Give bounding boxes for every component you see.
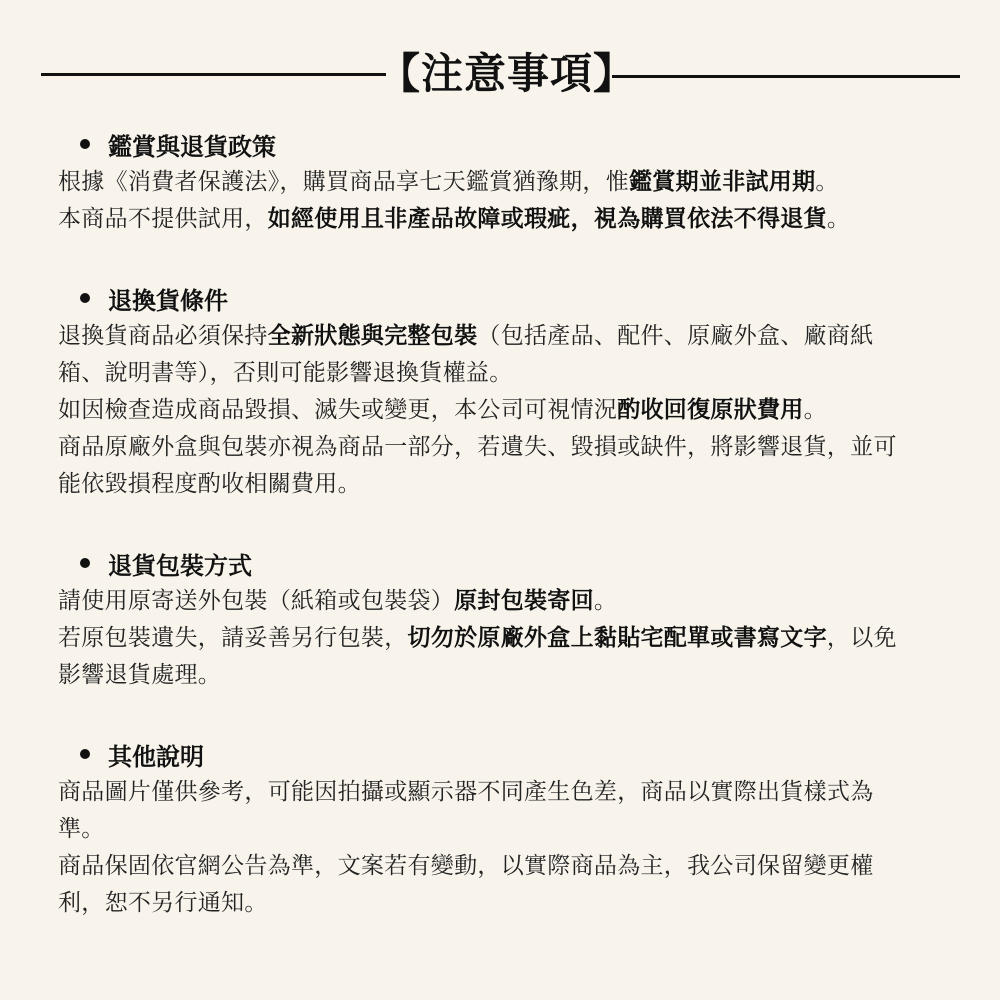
paragraph: 商品圖片僅供參考，可能因拍攝或顯示器不同產生色差，商品以實際出貨樣式為準。 <box>58 774 908 848</box>
section-heading: 退貨包裝方式 <box>58 543 938 583</box>
section-title: 退貨包裝方式 <box>108 546 252 581</box>
text-segment: 若原包裝遺失，請妥善另行包裝， <box>58 625 408 651</box>
bullet-icon <box>80 749 90 759</box>
section-title: 鑑賞與退貨政策 <box>108 127 276 162</box>
bullet-icon <box>80 139 90 149</box>
paragraph: 根據《消費者保護法》，購買商品享七天鑑賞猶豫期，惟鑑賞期並非試用期。 <box>58 164 908 201</box>
paragraph: 商品原廠外盒與包裝亦視為商品一部分，若遺失、毀損或缺件，將影響退貨，並可能依毀損… <box>58 429 908 503</box>
section-title: 其他說明 <box>108 737 204 772</box>
bullet-icon <box>80 558 90 568</box>
paragraph: 若原包裝遺失，請妥善另行包裝，切勿於原廠外盒上黏貼宅配單或書寫文字，以免影響退貨… <box>58 620 908 694</box>
bold-text-segment: 切勿於原廠外盒上黏貼宅配單或書寫文字 <box>408 625 827 651</box>
text-segment: 根據《消費者保護法》，購買商品享七天鑑賞猶豫期，惟 <box>58 169 629 195</box>
bold-text-segment: 原封包裝寄回 <box>454 588 594 614</box>
notice-content: 鑑賞與退貨政策 根據《消費者保護法》，購買商品享七天鑑賞猶豫期，惟鑑賞期並非試用… <box>58 124 938 962</box>
section-return-policy: 鑑賞與退貨政策 根據《消費者保護法》，購買商品享七天鑑賞猶豫期，惟鑑賞期並非試用… <box>58 124 938 238</box>
text-segment: 商品圖片僅供參考，可能因拍攝或顯示器不同產生色差，商品以實際出貨樣式為準。 <box>58 779 874 842</box>
text-segment: 。 <box>827 206 850 232</box>
text-segment: 本商品不提供試用， <box>58 206 268 232</box>
section-heading: 退換貨條件 <box>58 278 938 318</box>
header-rule-right <box>612 75 960 78</box>
bold-text-segment: 酌收回復原狀費用 <box>617 397 803 423</box>
bold-text-segment: 如經使用且非產品故障或瑕疵，視為購買依法不得退貨 <box>268 206 827 232</box>
text-segment: 商品原廠外盒與包裝亦視為商品一部分，若遺失、毀損或缺件，將影響退貨，並可能依毀損… <box>58 434 897 497</box>
text-segment: 商品保固依官網公告為準，文案若有變動，以實際商品為主，我公司保留變更權利，恕不另… <box>58 853 874 916</box>
paragraph: 請使用原寄送外包裝（紙箱或包裝袋）原封包裝寄回。 <box>58 583 908 620</box>
text-segment: 退換貨商品必須保持 <box>58 323 268 349</box>
text-segment: 。 <box>804 397 827 423</box>
bold-text-segment: 全新狀態與完整包裝 <box>268 323 478 349</box>
paragraph: 本商品不提供試用，如經使用且非產品故障或瑕疵，視為購買依法不得退貨。 <box>58 201 908 238</box>
text-segment: 請使用原寄送外包裝（紙箱或包裝袋） <box>58 588 454 614</box>
header-rule-left <box>41 73 386 76</box>
section-exchange-conditions: 退換貨條件 退換貨商品必須保持全新狀態與完整包裝（包括產品、配件、原廠外盒、廠商… <box>58 278 938 503</box>
paragraph: 商品保固依官網公告為準，文案若有變動，以實際商品為主，我公司保留變更權利，恕不另… <box>58 848 908 922</box>
paragraph: 退換貨商品必須保持全新狀態與完整包裝（包括產品、配件、原廠外盒、廠商紙箱、說明書… <box>58 318 908 392</box>
text-segment: 。 <box>815 169 838 195</box>
text-segment: 。 <box>594 588 617 614</box>
bold-text-segment: 鑑賞期並非試用期 <box>629 169 815 195</box>
section-heading: 鑑賞與退貨政策 <box>58 124 938 164</box>
page-title: 【注意事項】 <box>378 44 622 104</box>
text-segment: 如因檢查造成商品毀損、滅失或變更，本公司可視情況 <box>58 397 617 423</box>
section-other-notes: 其他說明 商品圖片僅供參考，可能因拍攝或顯示器不同產生色差，商品以實際出貨樣式為… <box>58 734 938 922</box>
notice-header: 【注意事項】 <box>0 38 1000 108</box>
section-heading: 其他說明 <box>58 734 938 774</box>
paragraph: 如因檢查造成商品毀損、滅失或變更，本公司可視情況酌收回復原狀費用。 <box>58 392 908 429</box>
section-title: 退換貨條件 <box>108 281 228 316</box>
bullet-icon <box>80 293 90 303</box>
section-return-packaging: 退貨包裝方式 請使用原寄送外包裝（紙箱或包裝袋）原封包裝寄回。 若原包裝遺失，請… <box>58 543 938 694</box>
